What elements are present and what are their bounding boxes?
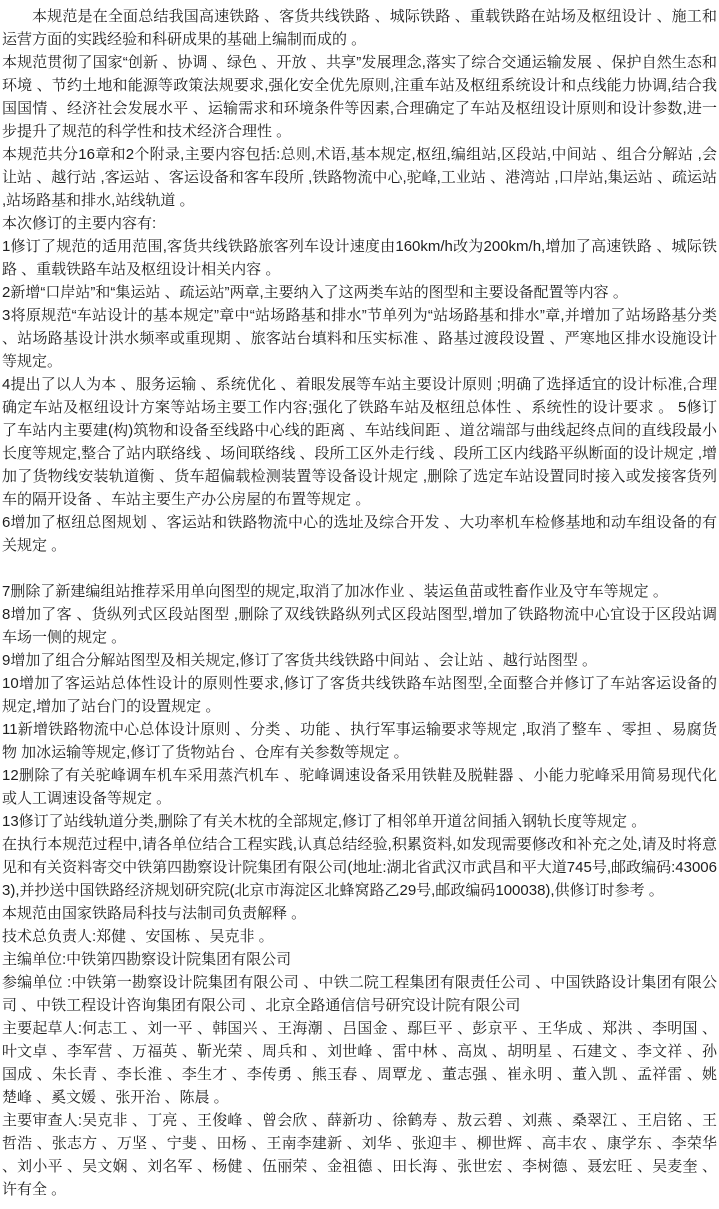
paragraph: 1修订了规范的适用范围,客货共线铁路旅客列车设计速度由160km/h改为200k… bbox=[2, 235, 717, 281]
paragraph: 本规范是在全面总结我国高速铁路 、客货共线铁路 、城际铁路 、重载铁路在站场及枢… bbox=[2, 5, 717, 51]
document-body: 本规范是在全面总结我国高速铁路 、客货共线铁路 、城际铁路 、重载铁路在站场及枢… bbox=[2, 5, 717, 1201]
paragraph: 13修订了站线轨道分类,删除了有关木枕的全部规定,修订了相邻单开道岔间插入钢轨长… bbox=[2, 810, 717, 833]
paragraph: 本次修订的主要内容有: bbox=[2, 212, 717, 235]
paragraph: 12删除了有关驼峰调车机车采用蒸汽机车 、驼峰调速设备采用铁鞋及脱鞋器 、小能力… bbox=[2, 764, 717, 810]
paragraph: 4提出了以人为本 、服务运输 、系统优化 、着眼发展等车站主要设计原则 ;明确了… bbox=[2, 373, 717, 511]
document-page: 本规范是在全面总结我国高速铁路 、客货共线铁路 、城际铁路 、重载铁路在站场及枢… bbox=[0, 0, 719, 1209]
paragraph: 3将原规范“车站设计的基本规定”章中“站场路基和排水”节单列为“站场路基和排水”… bbox=[2, 304, 717, 373]
paragraph: 9增加了组合分解站图型及相关规定,修订了客货共线铁路中间站 、会让站 、越行站图… bbox=[2, 649, 717, 672]
paragraph: 技术总负责人:郑健 、安国栋 、吴克非 。 bbox=[2, 925, 717, 948]
paragraph: 主要审查人:吴克非 、丁亮 、王俊峰 、曾会欣 、薛新功 、徐鹤寿 、敖云碧 、… bbox=[2, 1109, 717, 1201]
paragraph: 8增加了客 、货纵列式区段站图型 ,删除了双线铁路纵列式区段站图型,增加了铁路物… bbox=[2, 603, 717, 649]
paragraph: 在执行本规范过程中,请各单位结合工程实践,认真总结经验,积累资料,如发现需要修改… bbox=[2, 833, 717, 902]
paragraph: 本规范贯彻了国家“创新 、协调 、绿色 、开放 、共享”发展理念,落实了综合交通… bbox=[2, 51, 717, 143]
paragraph: 主编单位:中铁第四勘察设计院集团有限公司 bbox=[2, 948, 717, 971]
paragraph: 主要起草人:何志工 、刘一平 、韩国兴 、王海潮 、吕国金 、鄢巨平 、彭京平 … bbox=[2, 1017, 717, 1109]
paragraph: 10增加了客运站总体性设计的原则性要求,修订了客货共线铁路车站图型,全面整合并修… bbox=[2, 672, 717, 718]
paragraph: 参编单位 :中铁第一勘察设计院集团有限公司 、中铁二院工程集团有限责任公司 、中… bbox=[2, 971, 717, 1017]
paragraph-spacer bbox=[2, 557, 717, 580]
paragraph: 6增加了枢纽总图规划 、客运站和铁路物流中心的选址及综合开发 、大功率机车检修基… bbox=[2, 511, 717, 557]
paragraph: 本规范共分16章和2个附录,主要内容包括:总则,术语,基本规定,枢纽,编组站,区… bbox=[2, 143, 717, 212]
paragraph: 2新增“口岸站”和“集运站 、疏运站”两章,主要纳入了这两类车站的图型和主要设备… bbox=[2, 281, 717, 304]
paragraph: 11新增铁路物流中心总体设计原则 、分类 、功能 、执行军事运输要求等规定 ,取… bbox=[2, 718, 717, 764]
paragraph: 7删除了新建编组站推荐采用单向图型的规定,取消了加冰作业 、装运鱼苗或牲畜作业及… bbox=[2, 580, 717, 603]
paragraph: 本规范由国家铁路局科技与法制司负责解释 。 bbox=[2, 902, 717, 925]
